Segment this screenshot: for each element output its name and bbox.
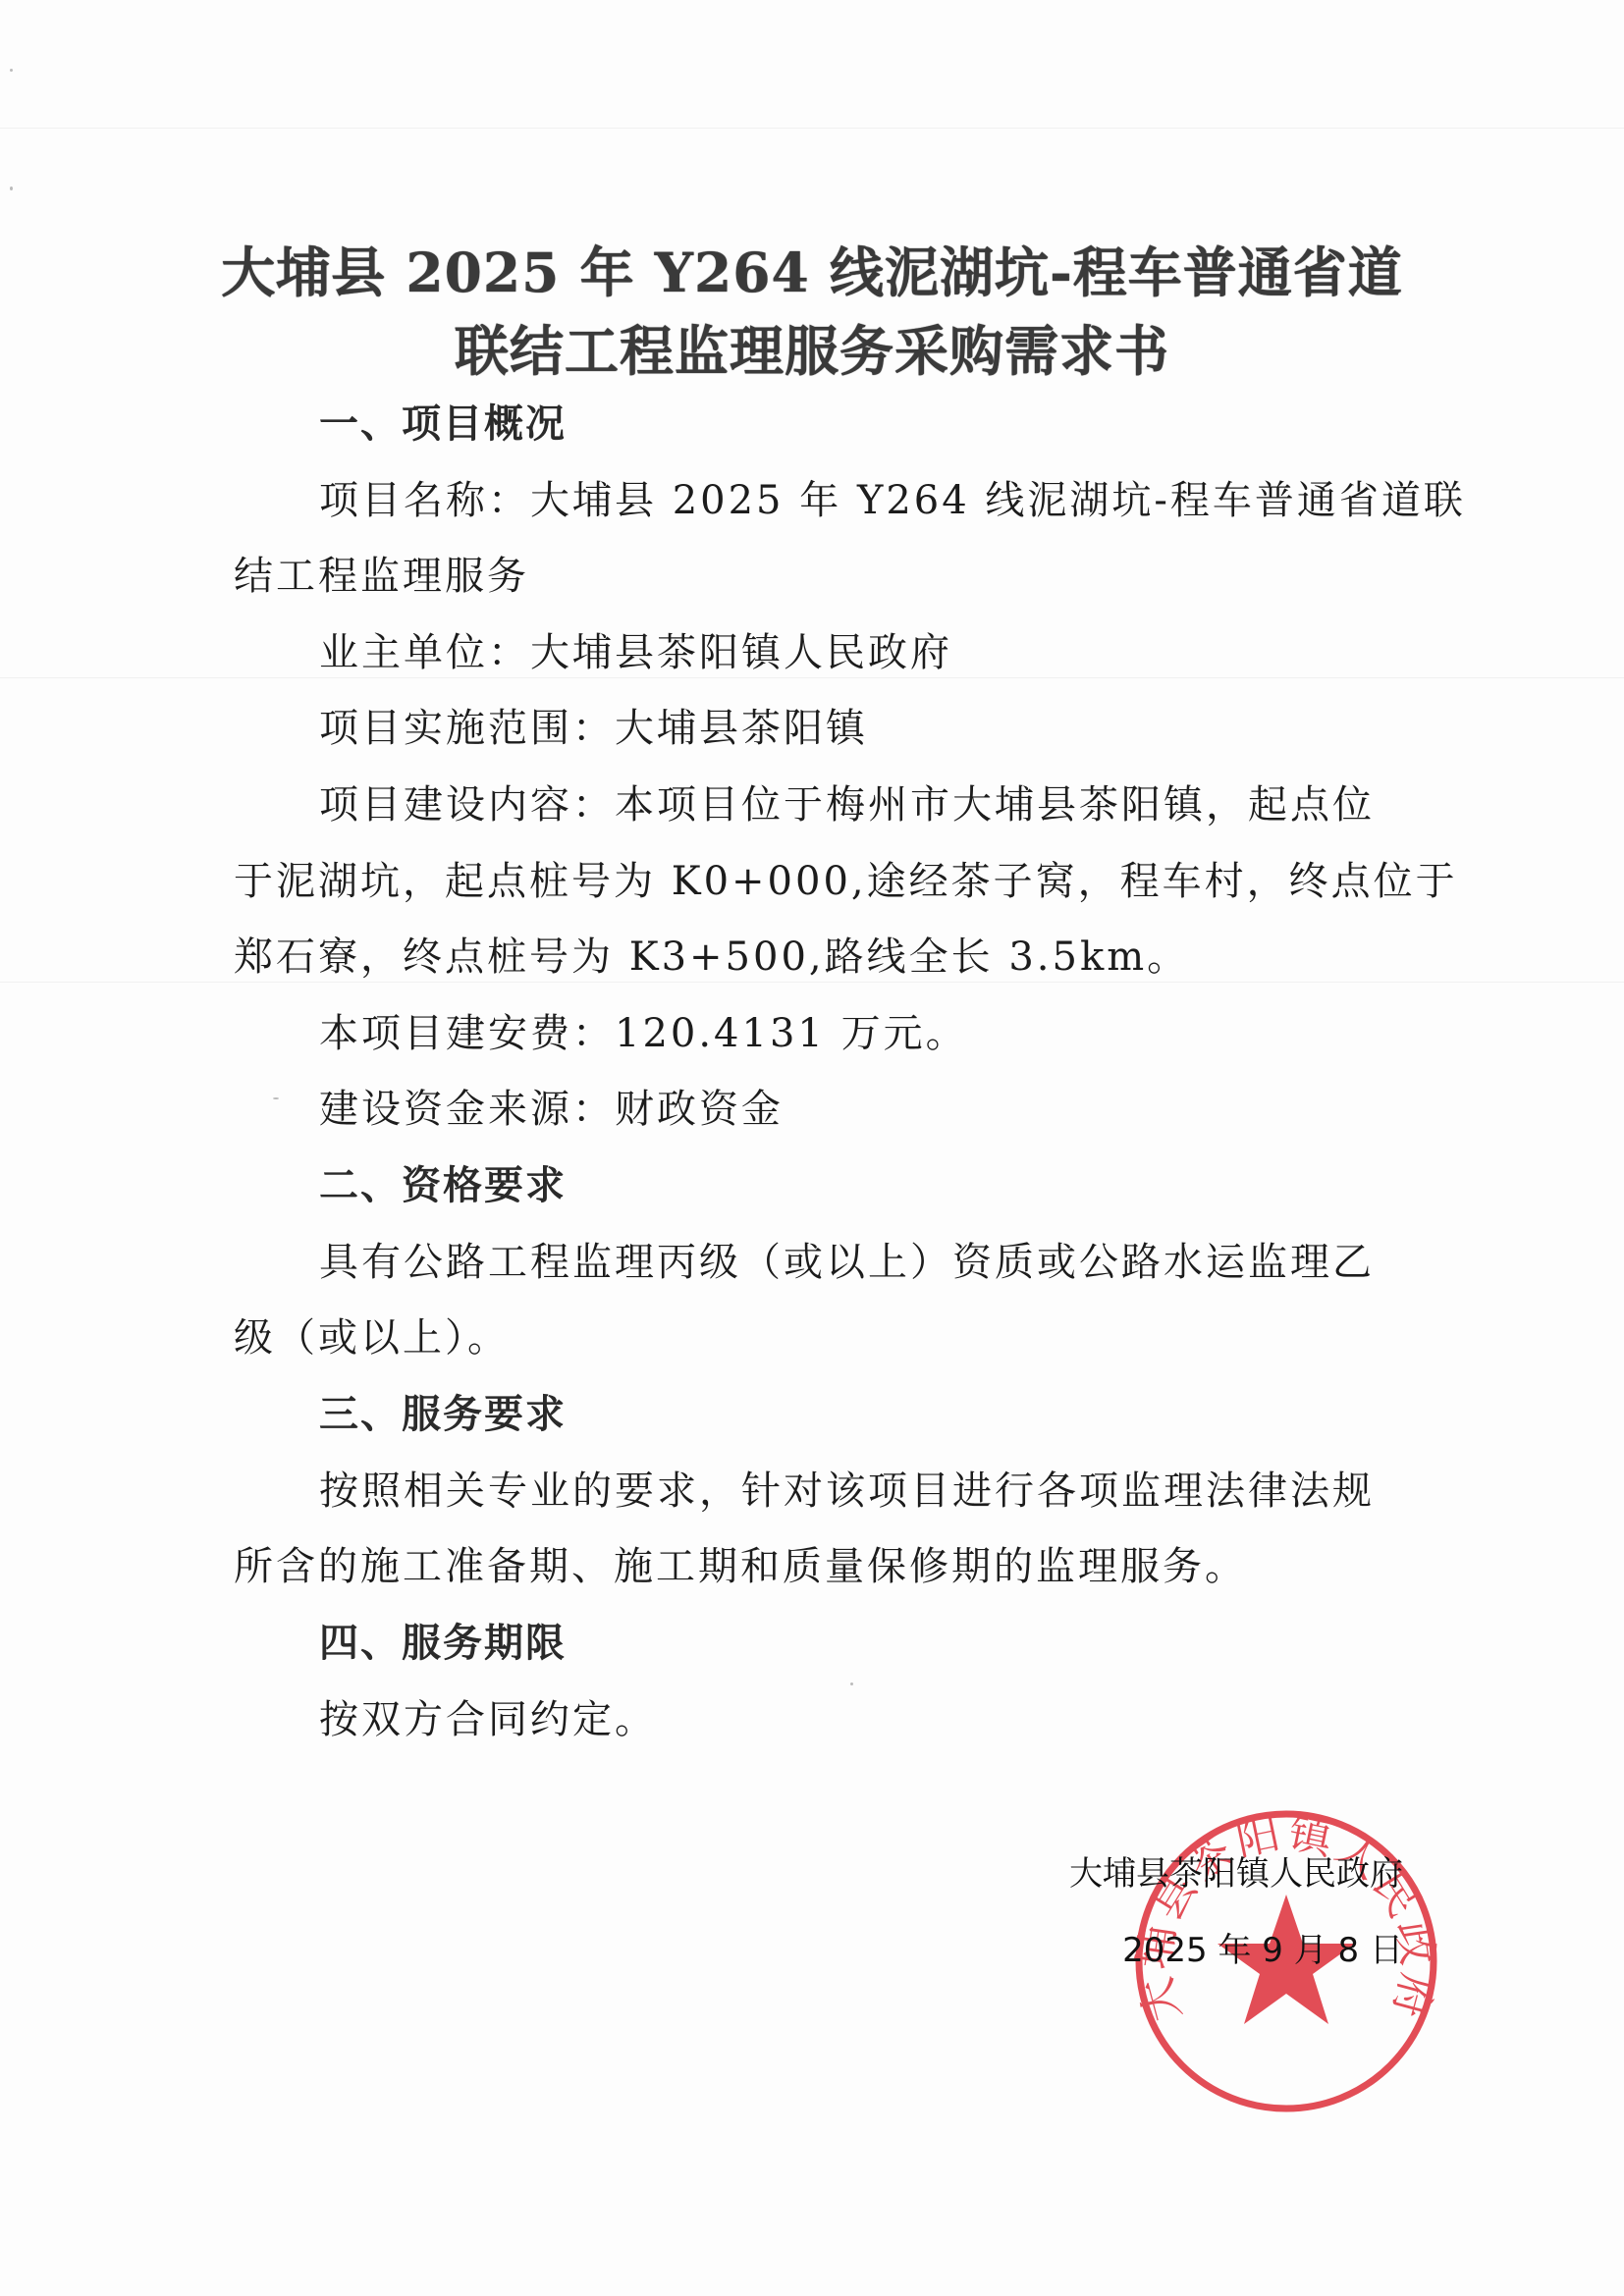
paragraph-line: 项目建设内容：本项目位于梅州市大埔县茶阳镇，起点位	[319, 785, 1375, 825]
scan-speck	[850, 1682, 853, 1685]
paragraph-line: 业主单位：大埔县茶阳镇人民政府	[319, 633, 952, 672]
section-heading-overview: 一、项目概况	[319, 404, 567, 444]
paragraph-line: 具有公路工程监理丙级（或以上）资质或公路水运监理乙	[319, 1243, 1375, 1282]
section-heading-qualification: 二、资格要求	[319, 1166, 567, 1205]
section-heading-service-period: 四、服务期限	[319, 1624, 567, 1663]
document-page: 大埔县 2025 年 Y264 线泥湖坑-程车普通省道 联结工程监理服务采购需求…	[0, 0, 1624, 2296]
paragraph-line: 级（或以上）。	[234, 1318, 510, 1358]
paragraph-line: 于泥湖坑，起点桩号为 K0+000,途经茶子窝，程车村，终点位于	[234, 862, 1458, 901]
document-title-line-1: 大埔县 2025 年 Y264 线泥湖坑-程车普通省道	[0, 245, 1624, 299]
paragraph-line: 按照相关专业的要求，针对该项目进行各项监理法律法规	[319, 1471, 1375, 1511]
document-title-line-2: 联结工程监理服务采购需求书	[0, 324, 1624, 378]
scan-speck	[273, 1097, 279, 1099]
paragraph-line: 项目名称：大埔县 2025 年 Y264 线泥湖坑-程车普通省道联	[319, 481, 1466, 520]
scan-speck	[10, 69, 13, 72]
paragraph-line: 郑石寮，终点桩号为 K3+500,路线全长 3.5km。	[234, 937, 1189, 977]
paragraph-line: 结工程监理服务	[234, 557, 529, 596]
scan-speck	[10, 187, 13, 190]
issue-date: 2025 年 9 月 8 日	[1122, 1934, 1403, 1967]
section-heading-service-requirements: 三、服务要求	[319, 1395, 567, 1434]
paragraph-line: 本项目建安费：120.4131 万元。	[319, 1014, 968, 1053]
scan-artifact-line	[0, 677, 1624, 678]
issuing-organization: 大埔县茶阳镇人民政府	[1069, 1857, 1403, 1891]
scan-artifact-line	[0, 128, 1624, 129]
paragraph-line: 建设资金来源：财政资金	[319, 1090, 784, 1129]
paragraph-line: 所含的施工准备期、施工期和质量保修期的监理服务。	[234, 1547, 1247, 1586]
scan-artifact-line	[0, 982, 1624, 983]
paragraph-line: 项目实施范围：大埔县茶阳镇	[319, 709, 868, 748]
paragraph-line: 按双方合同约定。	[319, 1700, 657, 1739]
